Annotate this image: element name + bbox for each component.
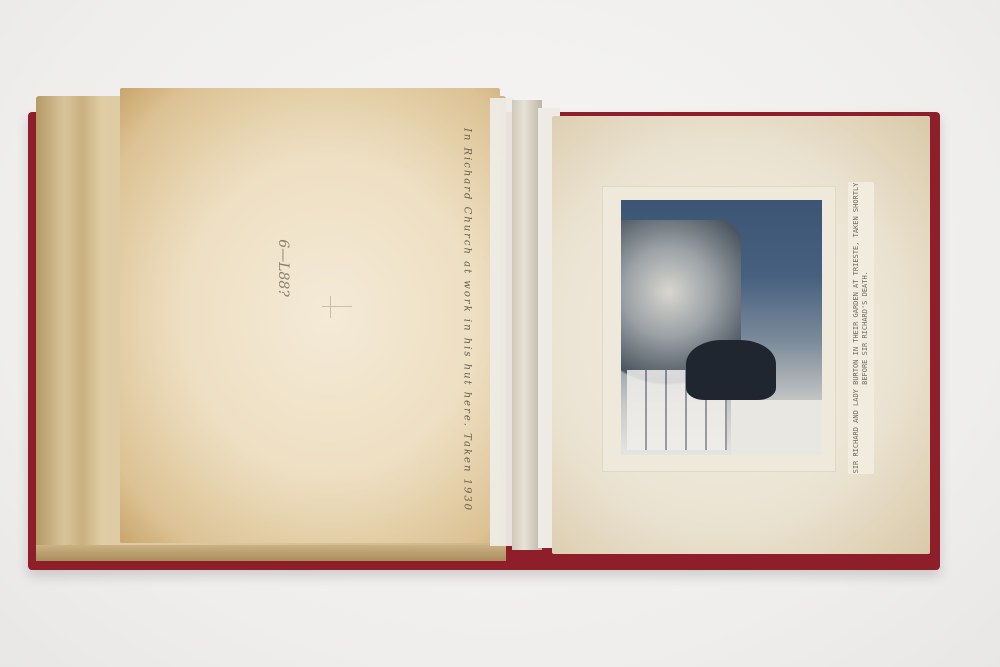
pencil-mark <box>322 306 352 307</box>
hinge-tape-left <box>490 98 514 546</box>
caption-line-1: SIR RICHARD AND LADY BURTON IN THEIR GAR… <box>852 183 861 474</box>
page-edges <box>36 545 506 561</box>
pencil-number: 6—L88? <box>275 239 291 297</box>
photo-caption: SIR RICHARD AND LADY BURTON IN THEIR GAR… <box>852 183 870 474</box>
photo-figure <box>686 340 776 400</box>
photo-ground <box>731 400 822 455</box>
handwritten-note: In Richard Church at work in his hut her… <box>462 128 473 512</box>
mounted-photograph <box>621 200 822 455</box>
left-page <box>120 88 500 543</box>
pencil-mark <box>330 296 331 318</box>
caption-line-2: BEFORE SIR RICHARD'S DEATH. <box>861 183 870 474</box>
